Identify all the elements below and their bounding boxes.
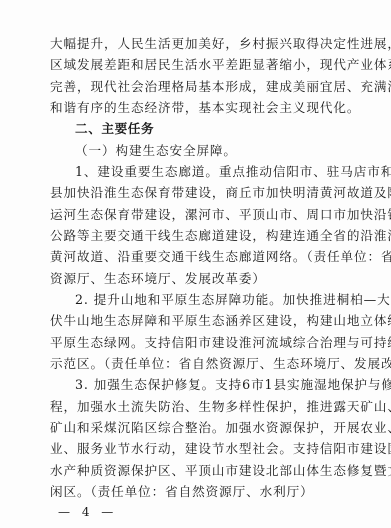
body-text-line: 矿山和采煤沉陷区综合整治。加强水资源保护，开展农业、工 xyxy=(50,420,344,435)
body-text-line: 和谐有序的生态经济带，基本实现社会主义现代化。 xyxy=(50,100,344,115)
body-text-line: 示范区。（责任单位：省自然资源厅、生态环境厅、发展改革委） xyxy=(50,356,344,371)
body-text-line: 公路等主要交通干线生态廊道建设，构建连通全省的沿淮河、沿 xyxy=(50,228,344,243)
subsection-heading: （一）构建生态安全屏障。 xyxy=(75,143,344,158)
section-heading: 二、主要任务 xyxy=(75,121,344,136)
document-page: 大幅提升，人民生活更加美好，乡村振兴取得决定性进展，城乡 区域发展差距和居民生活… xyxy=(0,0,391,528)
body-text-line: 大幅提升，人民生活更加美好，乡村振兴取得决定性进展，城乡 xyxy=(50,36,344,51)
body-text-line: 运河生态保育带建设，漯河市、平顶山市、周口市加快沿铁路、 xyxy=(50,207,344,222)
body-text-line: 完善，现代社会治理格局基本形成，建成美丽宜居、充满活力、 xyxy=(50,79,344,94)
body-text-line: 2. 提升山地和平原生态屏障功能。加快推进桐柏—大别山、 xyxy=(75,292,344,307)
page-number: — 4 — xyxy=(58,505,117,519)
body-text-line: 1、建设重要生态廊道。重点推动信阳市、驻马店市和桐柏 xyxy=(75,164,344,179)
body-text-line: 水产种质资源保护区、平顶山市建设北部山体生态修复暨文化休 xyxy=(50,463,344,478)
body-text-line: 黄河故道、沿重要交通干线生态廊道网络。（责任单位：省自然 xyxy=(50,249,344,264)
body-text-line: 伏牛山地生态屏障和平原生态涵养区建设，构建山地立体绿屏和 xyxy=(50,313,344,328)
body-text-line: 平原生态绿网。支持信阳市建设淮河流域综合治理与可持续发展 xyxy=(50,335,344,350)
body-text-line: 县加快沿淮生态保育带建设，商丘市加快明清黄河故道及隋唐大 xyxy=(50,185,344,200)
body-text-line: 3. 加强生态保护修复。支持6市1县实施湿地保护与修复工 xyxy=(75,377,344,392)
body-text-line: 程，加强水土流失防治、生物多样性保护，推进露天矿山、废弃 xyxy=(50,399,344,414)
body-text-line: 区域发展差距和居民生活水平差距显著缩小，现代产业体系更加 xyxy=(50,57,344,72)
body-text-line: 业、服务业节水行动，建设节水型社会。支持信阳市建设国家级 xyxy=(50,441,344,456)
body-text-line: 闲区。（责任单位：省自然资源厅、水利厅） xyxy=(50,484,344,499)
body-text-line: 资源厅、生态环境厅、发展改革委） xyxy=(50,271,344,286)
